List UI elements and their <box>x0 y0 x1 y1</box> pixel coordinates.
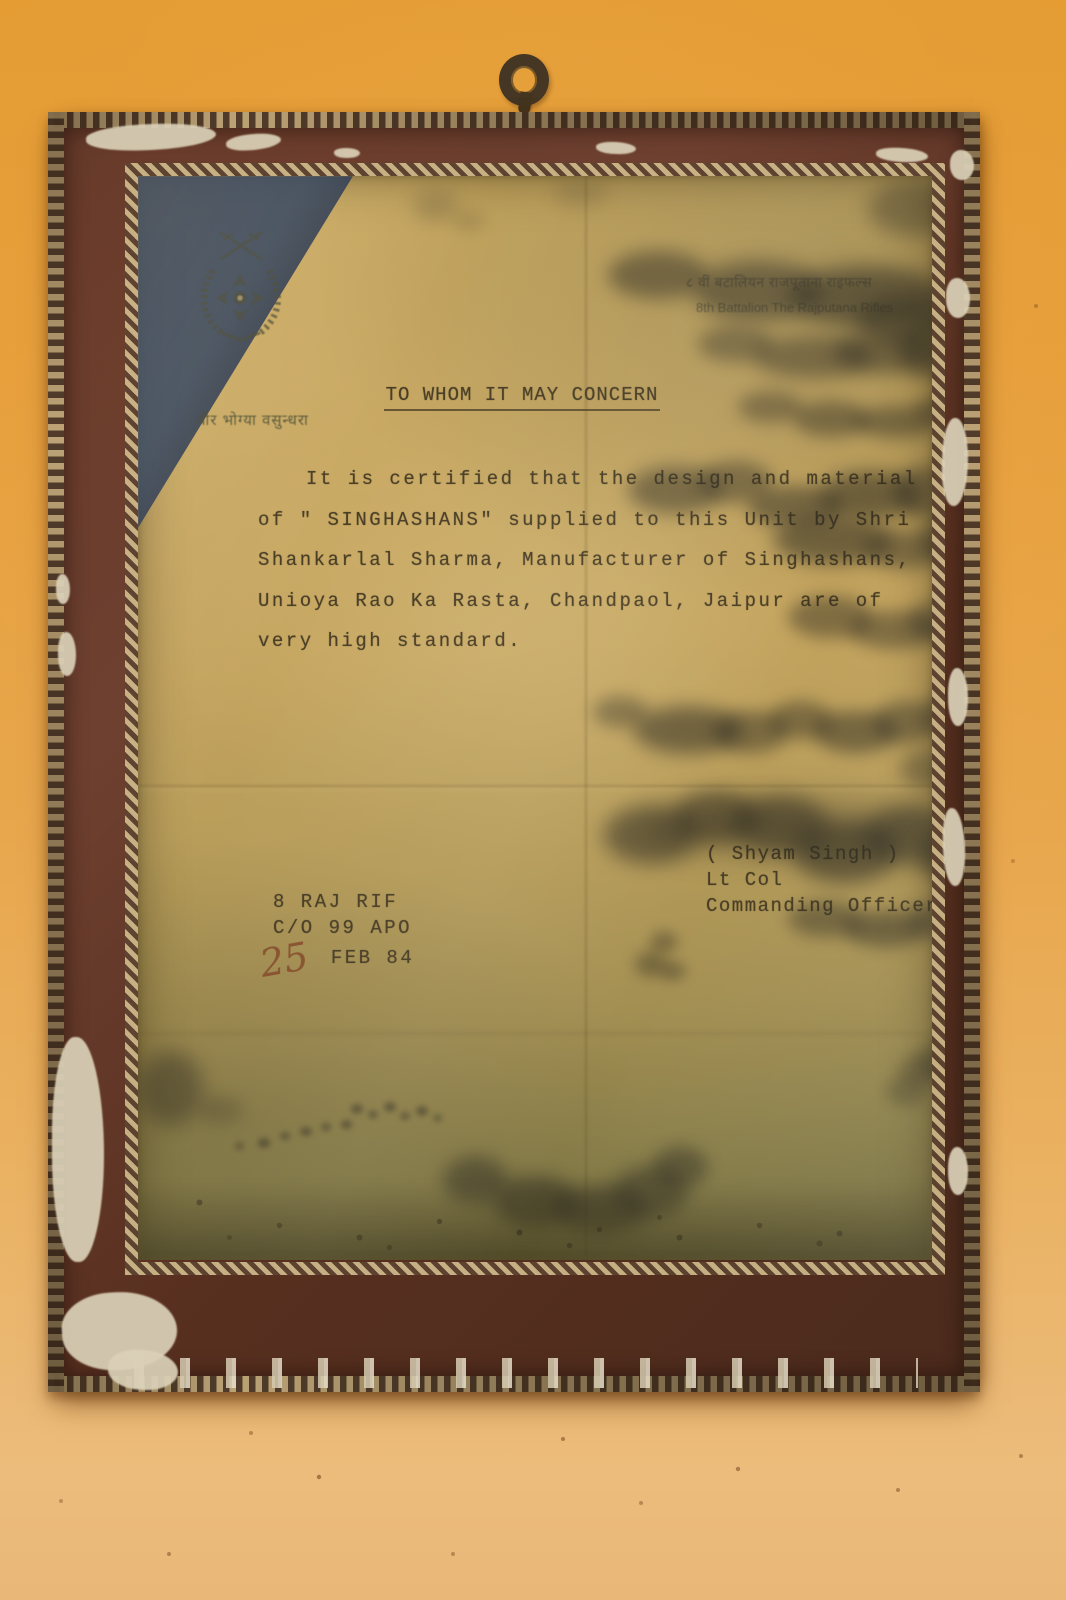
stain <box>650 931 678 953</box>
frame-chip <box>948 1147 968 1195</box>
stain <box>453 211 485 231</box>
frame-chip <box>334 148 360 158</box>
paper-fold-horizontal <box>138 785 932 787</box>
stain <box>553 181 608 206</box>
stain <box>341 1120 352 1129</box>
frame-chip <box>56 574 70 604</box>
stain <box>898 1056 932 1086</box>
stain <box>258 1138 270 1148</box>
from-block: 8 RAJ RIF C/O 99 APO <box>273 889 412 941</box>
signature-rank: Lt Col <box>706 869 783 891</box>
regimental-crest-icon <box>185 226 295 348</box>
hanging-ring <box>499 54 549 106</box>
paper-fold-vertical <box>585 176 587 1260</box>
date-typed: FEB 84 <box>331 947 414 969</box>
frame-bottom-chips <box>118 1358 918 1388</box>
stain <box>660 961 686 981</box>
date-day-handwritten: 25 <box>257 934 312 986</box>
photo-scene: वीर भोग्या वसुन्धरा ८ वीं बटालियन राजपूत… <box>0 0 1066 1600</box>
stain <box>235 1142 244 1150</box>
grime-band <box>138 1182 932 1260</box>
paper-specks <box>138 176 141 179</box>
frame-chip <box>58 632 76 676</box>
stain <box>413 191 458 221</box>
stain <box>368 1110 378 1119</box>
stain <box>868 181 932 236</box>
stain <box>138 1051 203 1126</box>
picture-frame: वीर भोग्या वसुन्धरा ८ वीं बटालियन राजपूत… <box>48 112 980 1392</box>
stain <box>638 796 932 858</box>
crest-motto: वीर भोग्या वसुन्धरा <box>158 410 348 430</box>
wall-specks <box>0 0 2 2</box>
frame-chip <box>946 278 970 318</box>
date-line: 25 FEB 84 <box>260 938 414 982</box>
letter-title: TO WHOM IT MAY CONCERN <box>352 384 692 408</box>
stain <box>416 1106 428 1116</box>
stain <box>433 1114 442 1122</box>
letter-paper: वीर भोग्या वसुन्धरा ८ वीं बटालियन राजपूत… <box>138 176 932 1260</box>
frame-chip <box>950 150 974 180</box>
stain <box>351 1104 363 1114</box>
stain <box>321 1123 331 1131</box>
stain <box>400 1112 410 1120</box>
stain <box>280 1132 290 1140</box>
stain <box>300 1127 312 1136</box>
paper-wrinkle <box>138 1032 932 1035</box>
from-unit: 8 RAJ RIF <box>273 891 398 913</box>
stain <box>384 1102 396 1112</box>
stain <box>198 1096 243 1124</box>
frame-chip <box>948 668 968 726</box>
stain <box>900 751 932 787</box>
